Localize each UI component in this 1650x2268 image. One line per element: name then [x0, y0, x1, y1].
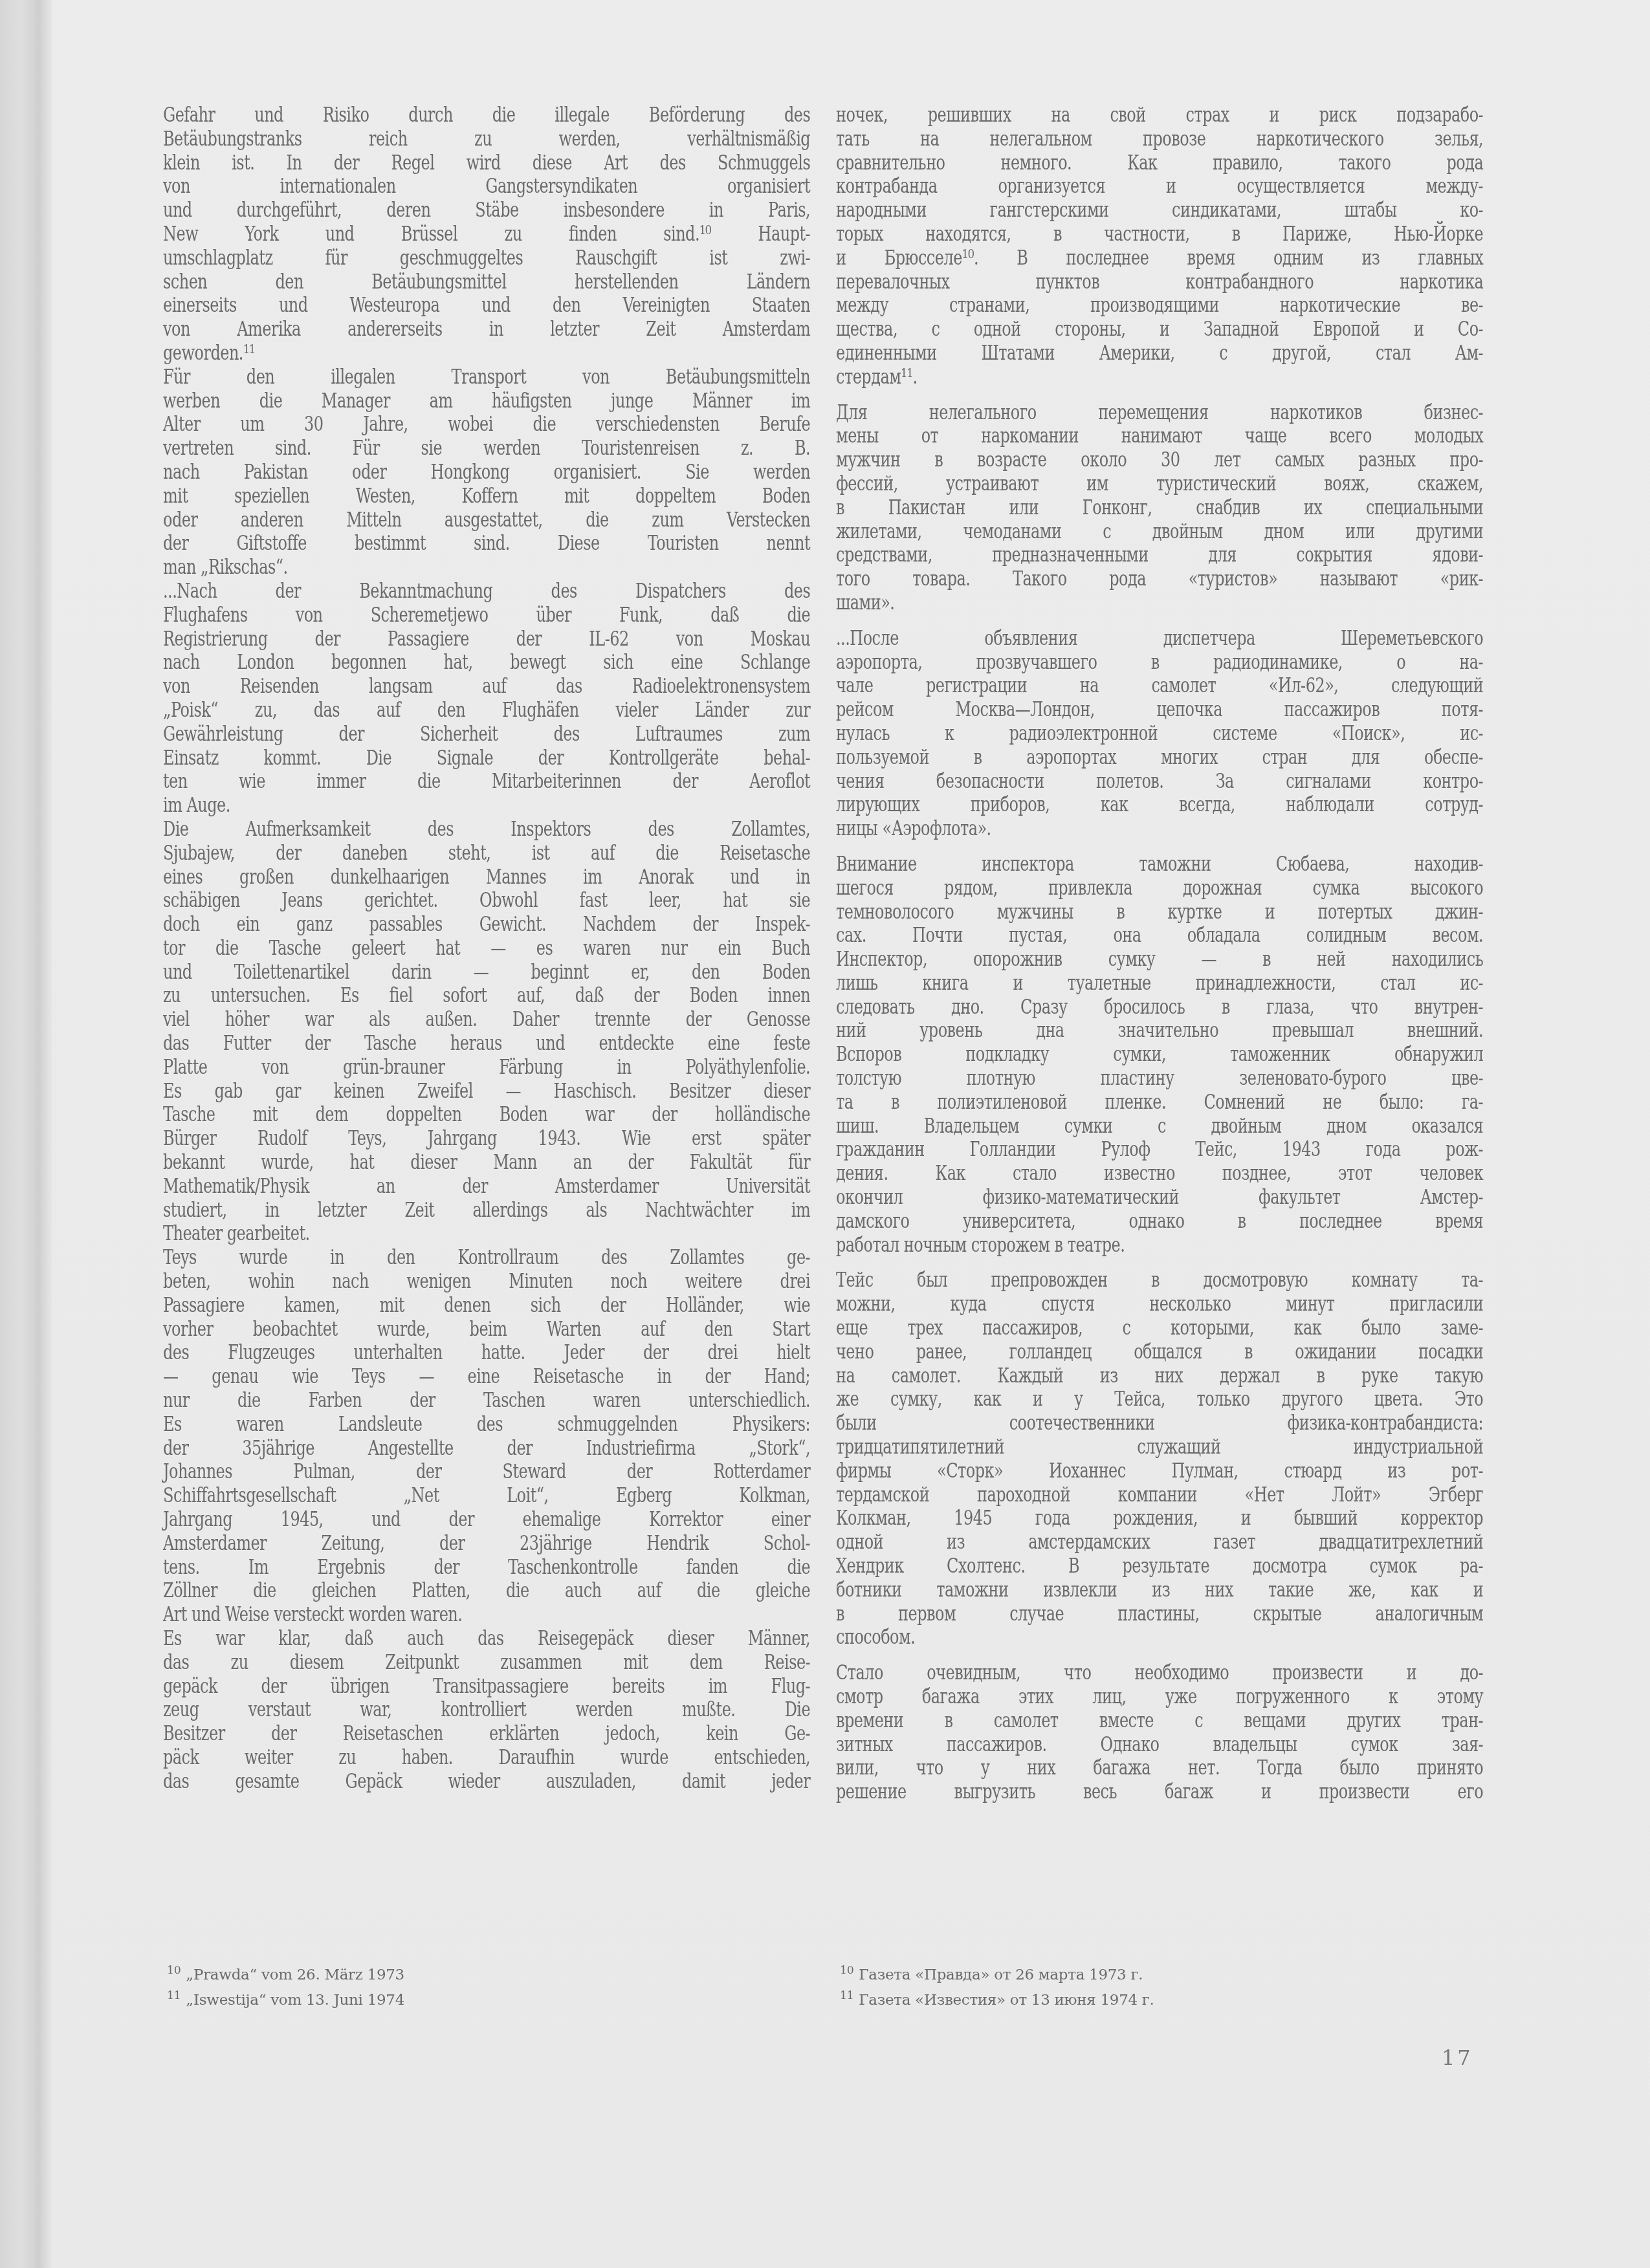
text-line: решение выгрузить весь багаж и произвест… — [836, 1780, 1483, 1804]
paragraph: Для нелегального перемещения наркотиков … — [836, 401, 1483, 615]
text-line: doch ein ganz passables Gewicht. Nachdem… — [163, 913, 810, 937]
page-number: 17 — [1442, 2045, 1473, 2070]
text-line: Passagiere kamen, mit denen sich der Hol… — [163, 1294, 810, 1318]
text-line: Хендрик Схолтенс. В результате досмотра … — [836, 1554, 1483, 1578]
text-line: ...После объявления диспетчера Шереметье… — [836, 627, 1483, 651]
text-line: работал ночным сторожем в театре. — [836, 1234, 1483, 1258]
text-line: Einsatz kommt. Die Signale der Kontrollg… — [163, 747, 810, 770]
footnote: 11„Iswestija“ vom 13. Juni 1974 — [167, 1985, 404, 2011]
text-line: стердам¹¹. — [836, 365, 1483, 389]
text-line: народными гангстерскими синдикатами, шта… — [836, 199, 1483, 223]
text-line: тридцатипятилетний служащий индустриальн… — [836, 1435, 1483, 1459]
text-line: Teys wurde in den Kontrollraum des Zolla… — [163, 1246, 810, 1270]
text-line: des Flugzeuges unterhalten hatte. Jeder … — [163, 1341, 810, 1365]
text-line: das gesamte Gepäck wieder auszuladen, da… — [163, 1770, 810, 1794]
russian-footnotes: 10Газета «Правда» от 26 марта 1973 г.11Г… — [840, 1960, 1154, 2010]
text-line: Betäubungstranks reich zu werden, verhäl… — [163, 127, 810, 151]
text-line: tens. Im Ergebnis der Taschenkontrolle f… — [163, 1556, 810, 1580]
text-line: же сумку, как и у Тейса, только другого … — [836, 1388, 1483, 1412]
text-line: нулась к радиоэлектронной системе «Поиск… — [836, 722, 1483, 746]
text-line: Art und Weise versteckt worden waren. — [163, 1603, 810, 1627]
text-line: щества, с одной стороны, и Западной Евро… — [836, 318, 1483, 342]
footnote-text: „Prawda“ vom 26. März 1973 — [186, 1967, 404, 1983]
text-line: Стало очевидным, что необходимо произвес… — [836, 1661, 1483, 1685]
text-line: Внимание инспектора таможни Сюбаева, нах… — [836, 853, 1483, 877]
text-line: Колкман, 1945 года рождения, и бывший ко… — [836, 1507, 1483, 1531]
footnote: 11Газета «Известия» от 13 июня 1974 г. — [840, 1985, 1154, 2011]
text-line: mit speziellen Westen, Koffern mit doppe… — [163, 485, 810, 508]
text-line: zu untersuchen. Es fiel sofort auf, daß … — [163, 984, 810, 1008]
text-line: чале регистрации на самолет «Ил-62», сле… — [836, 674, 1483, 698]
text-line: Tasche mit dem doppelten Boden war der h… — [163, 1103, 810, 1127]
text-line: einerseits und Westeuropa und den Verein… — [163, 294, 810, 318]
text-line: man „Rikschas“. — [163, 556, 810, 580]
text-line: der Giftstoffe bestimmt sind. Diese Tour… — [163, 532, 810, 556]
text-line: „Poisk“ zu, das auf den Flughäfen vieler… — [163, 699, 810, 723]
text-line: Вспоров подкладку сумки, таможенник обна… — [836, 1043, 1483, 1067]
text-line: bekannt wurde, hat dieser Mann an der Fa… — [163, 1151, 810, 1175]
text-line: Platte von grün-brauner Färbung in Polyä… — [163, 1056, 810, 1080]
text-line: между странами, производящими наркотичес… — [836, 294, 1483, 318]
text-line: viel höher war als außen. Daher trennte … — [163, 1008, 810, 1032]
text-line: контрабанда организуется и осуществляетс… — [836, 175, 1483, 199]
text-line: в Пакистан или Гонконг, снабдив их специ… — [836, 496, 1483, 520]
text-line: времени в самолет вместе с вещами других… — [836, 1709, 1483, 1733]
text-line: шиш. Владельцем сумки с двойным дном ока… — [836, 1115, 1483, 1139]
paragraph: Die Aufmerksamkeit des Inspektors des Zo… — [163, 818, 810, 1246]
text-line: Zöllner die gleichen Platten, die auch a… — [163, 1579, 810, 1603]
footnote: 10„Prawda“ vom 26. März 1973 — [167, 1960, 404, 1985]
text-line: вили, что у них багажа нет. Тогда было п… — [836, 1756, 1483, 1780]
text-line: дамского университета, однако в последне… — [836, 1210, 1483, 1234]
paragraph: Стало очевидным, что необходимо произвес… — [836, 1661, 1483, 1804]
text-line: Theater gearbeitet. — [163, 1222, 810, 1246]
text-line: der 35jährige Angestellte der Industrief… — [163, 1437, 810, 1461]
paragraph: Тейс был препровожден в досмотровую комн… — [836, 1269, 1483, 1650]
text-line: und Toilettenartikel darin — beginnt er,… — [163, 961, 810, 985]
text-line: единенными Штатами Америки, с другой, ст… — [836, 342, 1483, 365]
text-line: werben die Manager am häufigsten junge M… — [163, 389, 810, 413]
text-line: Gewährleistung der Sicherheit des Luftra… — [163, 723, 810, 747]
text-line: тать на нелегальном провозе наркотическо… — [836, 127, 1483, 151]
text-line: шами». — [836, 591, 1483, 615]
text-line: жилетами, чемоданами с двойным дном или … — [836, 520, 1483, 544]
text-line: зитных пассажиров. Однако владельцы сумо… — [836, 1733, 1483, 1757]
text-line: von Amerika andererseits in letzter Zeit… — [163, 318, 810, 342]
text-line: nur die Farben der Taschen waren untersc… — [163, 1389, 810, 1413]
text-line: gepäck der übrigen Transitpassagiere ber… — [163, 1675, 810, 1699]
paragraph: Внимание инспектора таможни Сюбаева, нах… — [836, 853, 1483, 1258]
text-line: Besitzer der Reisetaschen erklärten jedo… — [163, 1722, 810, 1746]
text-line: Sjubajew, der daneben steht, ist auf die… — [163, 842, 810, 866]
text-line: Gefahr und Risiko durch die illegale Bef… — [163, 104, 810, 127]
text-line: торых находятся, в частности, в Париже, … — [836, 223, 1483, 246]
text-line: Flughafens von Scheremetjewo über Funk, … — [163, 604, 810, 627]
text-line: сах. Почти пустая, она обладала солидным… — [836, 924, 1483, 948]
text-line: Die Aufmerksamkeit des Inspektors des Zo… — [163, 818, 810, 842]
text-line: oder anderen Mitteln ausgestattet, die z… — [163, 508, 810, 532]
text-line: ...Nach der Bekanntmachung des Dispatche… — [163, 580, 810, 604]
text-line: Es waren Landsleute des schmuggelnden Ph… — [163, 1413, 810, 1437]
paragraph: Für den illegalen Transport von Betäubun… — [163, 365, 810, 580]
text-line: способом. — [836, 1626, 1483, 1650]
text-line: темноволосого мужчины в куртке и потерты… — [836, 900, 1483, 924]
text-line: тердамской пароходной компании «Нет Лойт… — [836, 1483, 1483, 1507]
text-line: мены от наркомании нанимают чаще всего м… — [836, 424, 1483, 448]
text-line: ночек, решивших на свой страх и риск под… — [836, 104, 1483, 127]
text-line: окончил физико-математический факультет … — [836, 1186, 1483, 1210]
text-line: von internationalen Gangstersyndikaten o… — [163, 175, 810, 199]
text-line: были соотечественники физика-контрабанди… — [836, 1412, 1483, 1435]
text-line: Es gab gar keinen Zweifel — Haschisch. B… — [163, 1080, 810, 1104]
text-line: Bürger Rudolf Teys, Jahrgang 1943. Wie e… — [163, 1127, 810, 1151]
text-line: klein ist. In der Regel wird diese Art d… — [163, 151, 810, 175]
text-line: Registrierung der Passagiere der IL-62 v… — [163, 627, 810, 651]
text-line: одной из амстердамских газет двадцатитре… — [836, 1531, 1483, 1554]
german-footnotes: 10„Prawda“ vom 26. März 197311„Iswestija… — [167, 1960, 404, 2010]
paragraph: ...После объявления диспетчера Шереметье… — [836, 627, 1483, 841]
text-line: Тейс был препровожден в досмотровую комн… — [836, 1269, 1483, 1292]
footnote-number: 10 — [840, 1964, 853, 1977]
text-line: Jahrgang 1945, und der ehemalige Korrekt… — [163, 1508, 810, 1532]
text-line: zeug verstaut war, kontrolliert werden m… — [163, 1698, 810, 1722]
text-line: Mathematik/Physik an der Amsterdamer Uni… — [163, 1175, 810, 1199]
text-line: лишь книга и туалетные принадлежности, с… — [836, 972, 1483, 996]
text-line: ний уровень дна значительно превышал вне… — [836, 1019, 1483, 1043]
text-line: чено ранее, голландец общался в ожидании… — [836, 1340, 1483, 1364]
text-line: мужчин в возрасте около 30 лет самых раз… — [836, 448, 1483, 472]
footnote-text: Газета «Правда» от 26 марта 1973 г. — [859, 1967, 1143, 1983]
text-line: ботники таможни извлекли из них такие же… — [836, 1578, 1483, 1602]
text-line: та в полиэтиленовой пленке. Сомнений не … — [836, 1091, 1483, 1115]
text-line: nach Pakistan oder Hongkong organisiert.… — [163, 461, 810, 485]
text-line: ten wie immer die Mitarbeiterinnen der A… — [163, 770, 810, 794]
text-line: сравнительно немного. Как правило, таког… — [836, 151, 1483, 175]
text-line: лирующих приборов, как всегда, наблюдали… — [836, 793, 1483, 817]
footnote: 10Газета «Правда» от 26 марта 1973 г. — [840, 1960, 1154, 1985]
footnote-text: Газета «Известия» от 13 июня 1974 г. — [859, 1991, 1154, 2008]
text-line: Es war klar, daß auch das Reisegepäck di… — [163, 1627, 810, 1651]
german-text-column: Gefahr und Risiko durch die illegale Bef… — [163, 104, 810, 1794]
text-line: päck weiter zu haben. Daraufhin wurde en… — [163, 1746, 810, 1770]
text-line: studiert, in letzter Zeit allerdings als… — [163, 1199, 810, 1223]
text-line: Johannes Pulman, der Steward der Rotterd… — [163, 1460, 810, 1484]
text-line: im Auge. — [163, 794, 810, 818]
text-line: Alter um 30 Jahre, wobei die verschieden… — [163, 413, 810, 437]
text-line: das zu diesem Zeitpunkt zusammen mit dem… — [163, 1651, 810, 1675]
text-line: schäbigen Jeans gerichtet. Obwohl fast l… — [163, 889, 810, 913]
text-line: von Reisenden langsam auf das Radioelekt… — [163, 675, 810, 699]
text-line: дения. Как стало известно позднее, этот … — [836, 1162, 1483, 1186]
text-line: гражданин Голландии Рулоф Тейс, 1943 год… — [836, 1138, 1483, 1162]
text-line: толстую плотную пластину зеленовато-буро… — [836, 1067, 1483, 1091]
text-line: средствами, предназначенными для сокрыти… — [836, 543, 1483, 567]
text-line: New York und Brüssel zu finden sind.¹⁰ H… — [163, 223, 810, 246]
text-line: и Брюсселе¹⁰. В последнее время одним из… — [836, 246, 1483, 270]
text-line: рейсом Москва—Лондон, цепочка пассажиров… — [836, 698, 1483, 722]
text-line: Amsterdamer Zeitung, der 23jährige Hendr… — [163, 1532, 810, 1556]
text-line: перевалочных пунктов контрабандного нарк… — [836, 270, 1483, 294]
footnote-text: „Iswestija“ vom 13. Juni 1974 — [186, 1991, 404, 2008]
russian-text-column: ночек, решивших на свой страх и риск под… — [836, 104, 1483, 1816]
text-line: vorher beobachtet wurde, beim Warten auf… — [163, 1318, 810, 1342]
footnote-number: 10 — [167, 1964, 181, 1977]
text-line: nach London begonnen hat, bewegt sich ei… — [163, 651, 810, 675]
text-line: пользуемой в аэропортах многих стран для… — [836, 746, 1483, 770]
paragraph: Gefahr und Risiko durch die illegale Bef… — [163, 104, 810, 365]
paragraph: Teys wurde in den Kontrollraum des Zolla… — [163, 1246, 810, 1627]
text-line: аэропорта, прозвучавшего в радиодинамике… — [836, 651, 1483, 675]
text-line: Für den illegalen Transport von Betäubun… — [163, 365, 810, 389]
text-line: eines großen dunkelhaarigen Mannes im An… — [163, 866, 810, 889]
paragraph: Es war klar, daß auch das Reisegepäck di… — [163, 1627, 810, 1794]
text-line: чения безопасности полетов. За сигналами… — [836, 770, 1483, 794]
text-line: на самолет. Каждый из них держал в руке … — [836, 1364, 1483, 1388]
footnote-number: 11 — [167, 1989, 181, 2002]
text-line: geworden.¹¹ — [163, 342, 810, 365]
text-line: можни, куда спустя несколько минут пригл… — [836, 1292, 1483, 1316]
text-line: umschlagplatz für geschmuggeltes Rauschg… — [163, 246, 810, 270]
text-line: vertreten sind. Für sie werden Touristen… — [163, 437, 810, 461]
text-line: und durchgeführt, deren Stäbe insbesonde… — [163, 199, 810, 223]
text-line: еще трех пассажиров, с которыми, как был… — [836, 1316, 1483, 1340]
text-line: Инспектор, опорожнив сумку — в ней наход… — [836, 948, 1483, 972]
text-line: в первом случае пластины, скрытые аналог… — [836, 1602, 1483, 1626]
text-line: Для нелегального перемещения наркотиков … — [836, 401, 1483, 425]
paragraph: ...Nach der Bekanntmachung des Dispatche… — [163, 580, 810, 818]
text-line: ницы «Аэрофлота». — [836, 817, 1483, 841]
paragraph: ночек, решивших на свой страх и риск под… — [836, 104, 1483, 389]
text-line: шегося рядом, привлекла дорожная сумка в… — [836, 877, 1483, 900]
text-line: Schiffahrtsgesellschaft „Net Loit“, Egbe… — [163, 1484, 810, 1508]
text-line: фирмы «Сторк» Иоханнес Пулман, стюард из… — [836, 1459, 1483, 1483]
text-line: schen den Betäubungsmittel herstellenden… — [163, 270, 810, 294]
text-line: tor die Tasche geleert hat — es waren nu… — [163, 937, 810, 961]
footnote-number: 11 — [840, 1989, 853, 2002]
book-binding-shadow — [0, 0, 52, 2268]
text-line: того товара. Такого рода «туристов» назы… — [836, 567, 1483, 591]
text-line: смотр багажа этих лиц, уже погруженного … — [836, 1685, 1483, 1709]
text-line: das Futter der Tasche heraus und entdeck… — [163, 1032, 810, 1056]
text-line: — genau wie Teys — eine Reisetasche in d… — [163, 1365, 810, 1389]
text-line: следовать дно. Сразу бросилось в глаза, … — [836, 996, 1483, 1020]
text-line: фессий, устраивают им туристический вояж… — [836, 472, 1483, 496]
text-line: beten, wohin nach wenigen Minuten noch w… — [163, 1270, 810, 1294]
